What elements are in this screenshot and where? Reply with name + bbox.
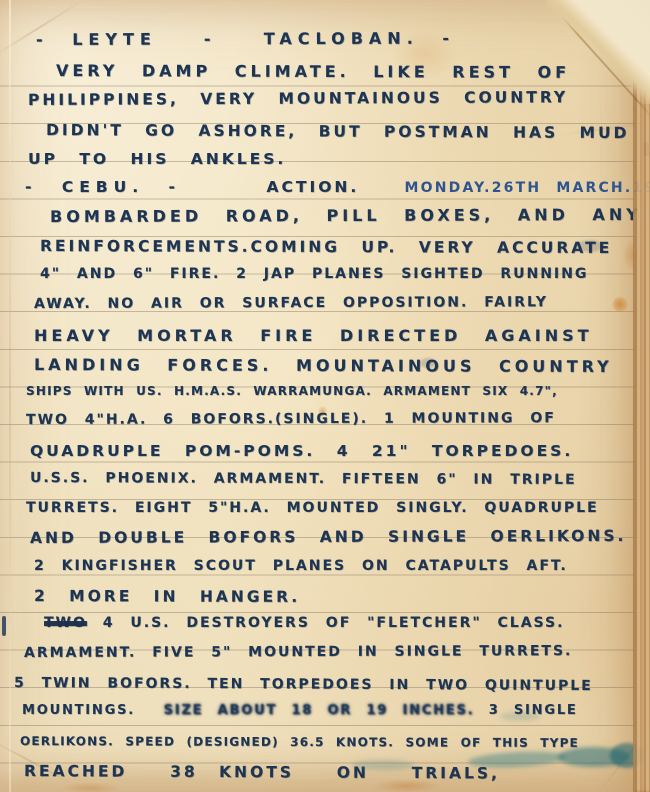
handwritten-line-12: LANDING FORCES. MOUNTAINOUS COUNTRY (34, 355, 613, 376)
text-segment: MONDAY.26TH MARCH.1945. (359, 180, 650, 196)
notebook-page: - LEYTE - TACLOBAN. -VERY DAMP CLIMATE. … (0, 0, 650, 792)
text-segment: LANDING FORCES. MOUNTAINOUS COUNTRY (34, 355, 613, 376)
handwritten-line-17: TURRETS. EIGHT 5"H.A. MOUNTED SINGLY. QU… (26, 500, 599, 516)
handwritten-line-21: TWO 4 U.S. DESTROYERS OF "FLETCHER" CLAS… (44, 615, 564, 631)
text-segment: 4" AND 6" FIRE. 2 JAP PLANES SIGHTED RUN… (40, 266, 588, 282)
text-segment: 3 SINGLE (474, 703, 577, 718)
text-segment: REINFORCEMENTS.COMING UP. VERY ACCURATE (40, 237, 612, 257)
text-segment: ARMAMENT. FIVE 5" MOUNTED IN SINGLE TURR… (24, 643, 572, 661)
text-segment: ACTION. (181, 178, 359, 196)
text-segment: SIZE ABOUT 18 OR 19 INCHES. (164, 703, 475, 718)
handwritten-line-26: REACHED 38 KNOTS ON TRIALS, (24, 762, 500, 782)
handwritten-line-14: TWO 4"H.A. 6 BOFORS.(SINGLE). 1 MOUNTING… (26, 410, 556, 428)
paper-stain (60, 782, 120, 792)
handwritten-line-11: HEAVY MORTAR FIRE DIRECTED AGAINST (34, 326, 593, 345)
text-segment: 5 TWIN BOFORS. TEN TORPEDOES IN TWO QUIN… (14, 675, 593, 694)
text-segment: SHIPS WITH US. H.M.A.S. WARRAMUNGA. ARMA… (26, 384, 558, 398)
handwritten-line-13: SHIPS WITH US. H.M.A.S. WARRAMUNGA. ARMA… (26, 384, 558, 398)
handwritten-line-24: MOUNTINGS. SIZE ABOUT 18 OR 19 INCHES. 3… (22, 703, 578, 718)
text-segment: PHILIPPINES, VERY MOUNTAINOUS COUNTRY (28, 88, 568, 109)
handwritten-line-6: - CEBU. - ACTION. MONDAY.26TH MARCH.1945… (25, 178, 650, 196)
handwritten-line-15: QUADRUPLE POM-POMS. 4 21" TORPEDOES. (30, 442, 573, 460)
handwritten-line-10: AWAY. NO AIR OR SURFACE OPPOSITION. FAIR… (34, 294, 548, 312)
text-segment: TURRETS. EIGHT 5"H.A. MOUNTED SINGLY. QU… (26, 500, 599, 516)
text-segment: BOMBARDED ROAD, PILL BOXES, AND ANY (50, 205, 642, 226)
text-segment: UP TO HIS ANKLES. (28, 150, 286, 168)
handwritten-line-16: U.S.S. PHOENIX. ARMAMENT. FIFTEEN 6" IN … (30, 470, 577, 488)
text-segment: MOUNTINGS. (22, 703, 164, 718)
paper-crease (9, 0, 11, 792)
text-segment: TWO 4"H.A. 6 BOFORS.(SINGLE). 1 MOUNTING… (26, 410, 556, 428)
text-segment: 4 U.S. DESTROYERS OF "FLETCHER" CLASS. (87, 615, 565, 631)
handwritten-line-7: BOMBARDED ROAD, PILL BOXES, AND ANY (50, 205, 642, 226)
struck-out-word: TWO (44, 615, 87, 631)
handwritten-line-18: AND DOUBLE BOFORS AND SINGLE OERLIKONS. (30, 527, 626, 547)
text-segment: AWAY. NO AIR OR SURFACE OPPOSITION. FAIR… (34, 294, 548, 312)
text-segment: QUADRUPLE POM-POMS. 4 21" TORPEDOES. (30, 442, 573, 460)
text-segment: REACHED 38 KNOTS ON TRIALS, (24, 762, 500, 782)
text-segment: 2 KINGFISHER SCOUT PLANES ON CATAPULTS A… (34, 558, 568, 574)
handwritten-line-23: 5 TWIN BOFORS. TEN TORPEDOES IN TWO QUIN… (14, 675, 593, 694)
pen-mark (2, 616, 6, 636)
text-segment: VERY DAMP CLIMATE. LIKE REST OF (56, 61, 570, 82)
handwritten-line-19: 2 KINGFISHER SCOUT PLANES ON CATAPULTS A… (34, 558, 568, 574)
handwritten-line-5: UP TO HIS ANKLES. (28, 150, 286, 168)
handwritten-line-2: VERY DAMP CLIMATE. LIKE REST OF (56, 61, 570, 82)
text-segment: DIDN'T GO ASHORE, BUT POSTMAN HAS MUD (46, 121, 630, 142)
handwritten-line-8: REINFORCEMENTS.COMING UP. VERY ACCURATE (40, 237, 612, 257)
handwritten-line-9: 4" AND 6" FIRE. 2 JAP PLANES SIGHTED RUN… (40, 266, 588, 282)
handwritten-line-22: ARMAMENT. FIVE 5" MOUNTED IN SINGLE TURR… (24, 643, 572, 661)
handwritten-line-3: PHILIPPINES, VERY MOUNTAINOUS COUNTRY (28, 88, 568, 109)
ink-smudge (558, 747, 630, 767)
handwritten-line-20: 2 MORE IN HANGER. (34, 587, 300, 606)
text-segment: AND DOUBLE BOFORS AND SINGLE OERLIKONS. (30, 527, 626, 547)
text-segment: - CEBU. - (25, 178, 181, 196)
handwritten-line-25: OERLIKONS. SPEED (DESIGNED) 36.5 KNOTS. … (20, 734, 579, 750)
text-segment: HEAVY MORTAR FIRE DIRECTED AGAINST (34, 326, 593, 345)
paper-stain (612, 297, 628, 312)
text-segment: - LEYTE - TACLOBAN. - (36, 29, 455, 49)
text-segment: U.S.S. PHOENIX. ARMAMENT. FIFTEEN 6" IN … (30, 470, 577, 488)
text-segment: 2 MORE IN HANGER. (34, 587, 300, 606)
page-stack-edge (633, 0, 650, 792)
text-segment: OERLIKONS. SPEED (DESIGNED) 36.5 KNOTS. … (20, 734, 579, 750)
handwritten-line-1: - LEYTE - TACLOBAN. - (36, 29, 455, 49)
handwritten-line-4: DIDN'T GO ASHORE, BUT POSTMAN HAS MUD (46, 121, 630, 142)
